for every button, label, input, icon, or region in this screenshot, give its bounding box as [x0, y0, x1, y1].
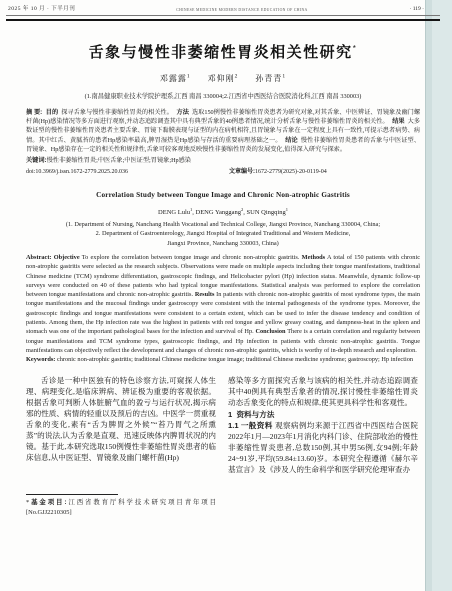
section-1-heading: 1 资料与方法: [228, 409, 418, 421]
conclusion-label-zh: 结论: [285, 137, 298, 144]
results-label-en: Results: [195, 291, 215, 298]
keywords-zh: 关键词:慢性非萎缩性胃炎;中医舌象;中医证型;胃镜象;Hp感染: [26, 156, 420, 165]
keywords-en-text: chronic non-atrophic gastritis; traditio…: [57, 356, 413, 363]
page-number: · 119 ·: [410, 6, 424, 12]
body-columns: 舌诊是一种中医独有的特色诊察方法,可窥探人体生理、病理变化,是临床辨病、辨证极为…: [26, 375, 420, 524]
author-3: 孙青青1: [255, 74, 286, 83]
article-title-en: Correlation Study between Tongue Image a…: [26, 191, 420, 199]
affiliation-en-line1: (1. Department of Nursing, Nanchang Heal…: [26, 220, 420, 230]
author-1-en-name: DENG Lulu: [158, 209, 190, 216]
abstract-en: Abstract: Objective To explore the corre…: [26, 253, 420, 355]
methods-label-zh: 方法: [177, 109, 189, 116]
objective-label-en: Objective: [54, 254, 80, 261]
section-1-1-number: 1.1: [228, 421, 239, 430]
author-2-en-name: DENG Yanggang: [196, 209, 242, 216]
affiliation-en-line2: 2. Department of Gastroenterology, Jiang…: [26, 229, 420, 239]
left-column: 舌诊是一种中医独有的特色诊察方法,可窥探人体生理、病理变化,是临床辨病、辨证极为…: [26, 375, 216, 524]
objective-en: To explore the correlation between tongu…: [82, 254, 300, 261]
article-title: 舌象与慢性非萎缩性胃炎相关性研究*: [26, 41, 420, 62]
author-2-en: DENG Yanggang2,: [196, 209, 245, 216]
footnote-rule: [26, 494, 118, 495]
conclusion-label-en: Conclusion: [255, 328, 285, 335]
affiliation-en-line3: Jiangxi Province, Nanchang 330003, China…: [26, 239, 420, 249]
journal-name-en: CHINESE MEDICINE MODERN DISTANCE EDUCATI…: [177, 7, 308, 12]
issue-date: 2025 年 10 月 · 下半月刊: [8, 4, 75, 12]
author-1-en-sup: 1: [190, 206, 192, 211]
objective-label-zh: 目的: [46, 109, 58, 116]
keywords-zh-text: 慢性非萎缩性胃炎;中医舌象;中医证型;胃镜象;Hp感染: [47, 157, 191, 164]
author-1-name: 邓露露: [160, 74, 187, 83]
objective-zh: 探寻舌象与慢性非萎缩性胃炎的相关性。: [61, 109, 173, 116]
author-2-sup: 2: [235, 73, 239, 79]
paper-page: 2025 年 10 月 · 下半月刊 CHINESE MEDICINE MODE…: [0, 0, 452, 591]
authors-line-en: DENG Lulu1, DENG Yanggang2, SUN Qingqing…: [26, 206, 420, 215]
right-column: 感染等多方面探究舌象与该病的相关性,并动态追踪调查其中40例具有典型舌象者的情况…: [228, 375, 418, 524]
author-1-en: DENG Lulu1,: [158, 209, 194, 216]
section-1-number: 1: [228, 410, 232, 419]
keywords-en-label: Keywords:: [26, 356, 55, 363]
abstract-zh: 摘 要: 目的探寻舌象与慢性非萎缩性胃炎的相关性。 方法选取150例慢性非萎缩性…: [26, 108, 420, 155]
header-rule-thin: [6, 15, 440, 16]
footnote-label: 基金项目:: [29, 499, 66, 506]
intro-continued-paragraph: 感染等多方面探究舌象与该病的相关性,并动态追踪调查其中40例具有典型舌象者的情况…: [228, 375, 418, 408]
header-rule: [6, 15, 440, 21]
author-3-name: 孙青青: [255, 74, 282, 83]
authors-line: 邓露露1 邓仰刚2 孙青青1: [26, 73, 420, 84]
abstract-zh-label: 摘 要:: [26, 109, 42, 116]
article-title-text: 舌象与慢性非萎缩性胃炎相关性研究: [89, 44, 353, 61]
keywords-zh-label: 关键词:: [26, 157, 47, 164]
author-3-en-name: SUN Qingqing: [247, 209, 286, 216]
footnote-text: *基金项目:江西省教育厅科学技术研究项目青年项目[No.GJJ2210305]: [26, 498, 216, 517]
author-3-en-sup: 1: [286, 206, 288, 211]
affiliation-en: (1. Department of Nursing, Nanchang Heal…: [26, 220, 420, 249]
section-1-1-paragraph: 1.1 一般资料 观察病例均来源于江西省中西医结合医院2022年1月—2023年…: [228, 420, 418, 475]
section-1-title: 资料与方法: [236, 410, 274, 419]
article-no-label: 文章编号:: [229, 169, 255, 175]
author-1: 邓露露1: [160, 74, 191, 83]
results-label-zh: 结果: [392, 118, 404, 125]
author-2: 邓仰刚2: [208, 74, 239, 83]
keywords-en: Keywords: chronic non-atrophic gastritis…: [26, 355, 420, 364]
scan-edge-strip: [425, 0, 452, 591]
author-2-en-sup: 2: [241, 206, 243, 211]
author-1-sup: 1: [187, 73, 191, 79]
author-3-sup: 1: [282, 73, 286, 79]
page-content: 2025 年 10 月 · 下半月刊 CHINESE MEDICINE MODE…: [26, 0, 420, 524]
intro-paragraph: 舌诊是一种中医独有的特色诊察方法,可窥探人体生理、病理变化,是临床辨病、辨证极为…: [26, 375, 216, 463]
journal-header: 2025 年 10 月 · 下半月刊 CHINESE MEDICINE MODE…: [8, 0, 424, 12]
author-2-name: 邓仰刚: [208, 74, 235, 83]
doi: doi:10.3969/j.issn.1672-2779.2025.20.036: [26, 168, 229, 177]
affiliation-zh: (1.南昌健康职业技术学院护理系,江西 南昌 330004;2.江西省中西医结合…: [26, 91, 420, 100]
author-3-en: SUN Qingqing1: [247, 209, 288, 216]
title-footnote-marker: *: [353, 44, 358, 53]
section-1-1-label: 一般资料: [241, 421, 273, 430]
scan-edge-shadow: [426, 0, 432, 591]
doi-line: doi:10.3969/j.issn.1672-2779.2025.20.036…: [26, 168, 420, 177]
funding-footnote: *基金项目:江西省教育厅科学技术研究项目青年项目[No.GJJ2210305]: [26, 494, 216, 523]
header-rule-thick: [6, 19, 440, 21]
methods-label-en: Methods: [302, 254, 325, 261]
abstract-en-label: Abstract:: [26, 254, 52, 261]
article-no: 1672-2779(2025)-20-0119-04: [255, 169, 327, 175]
